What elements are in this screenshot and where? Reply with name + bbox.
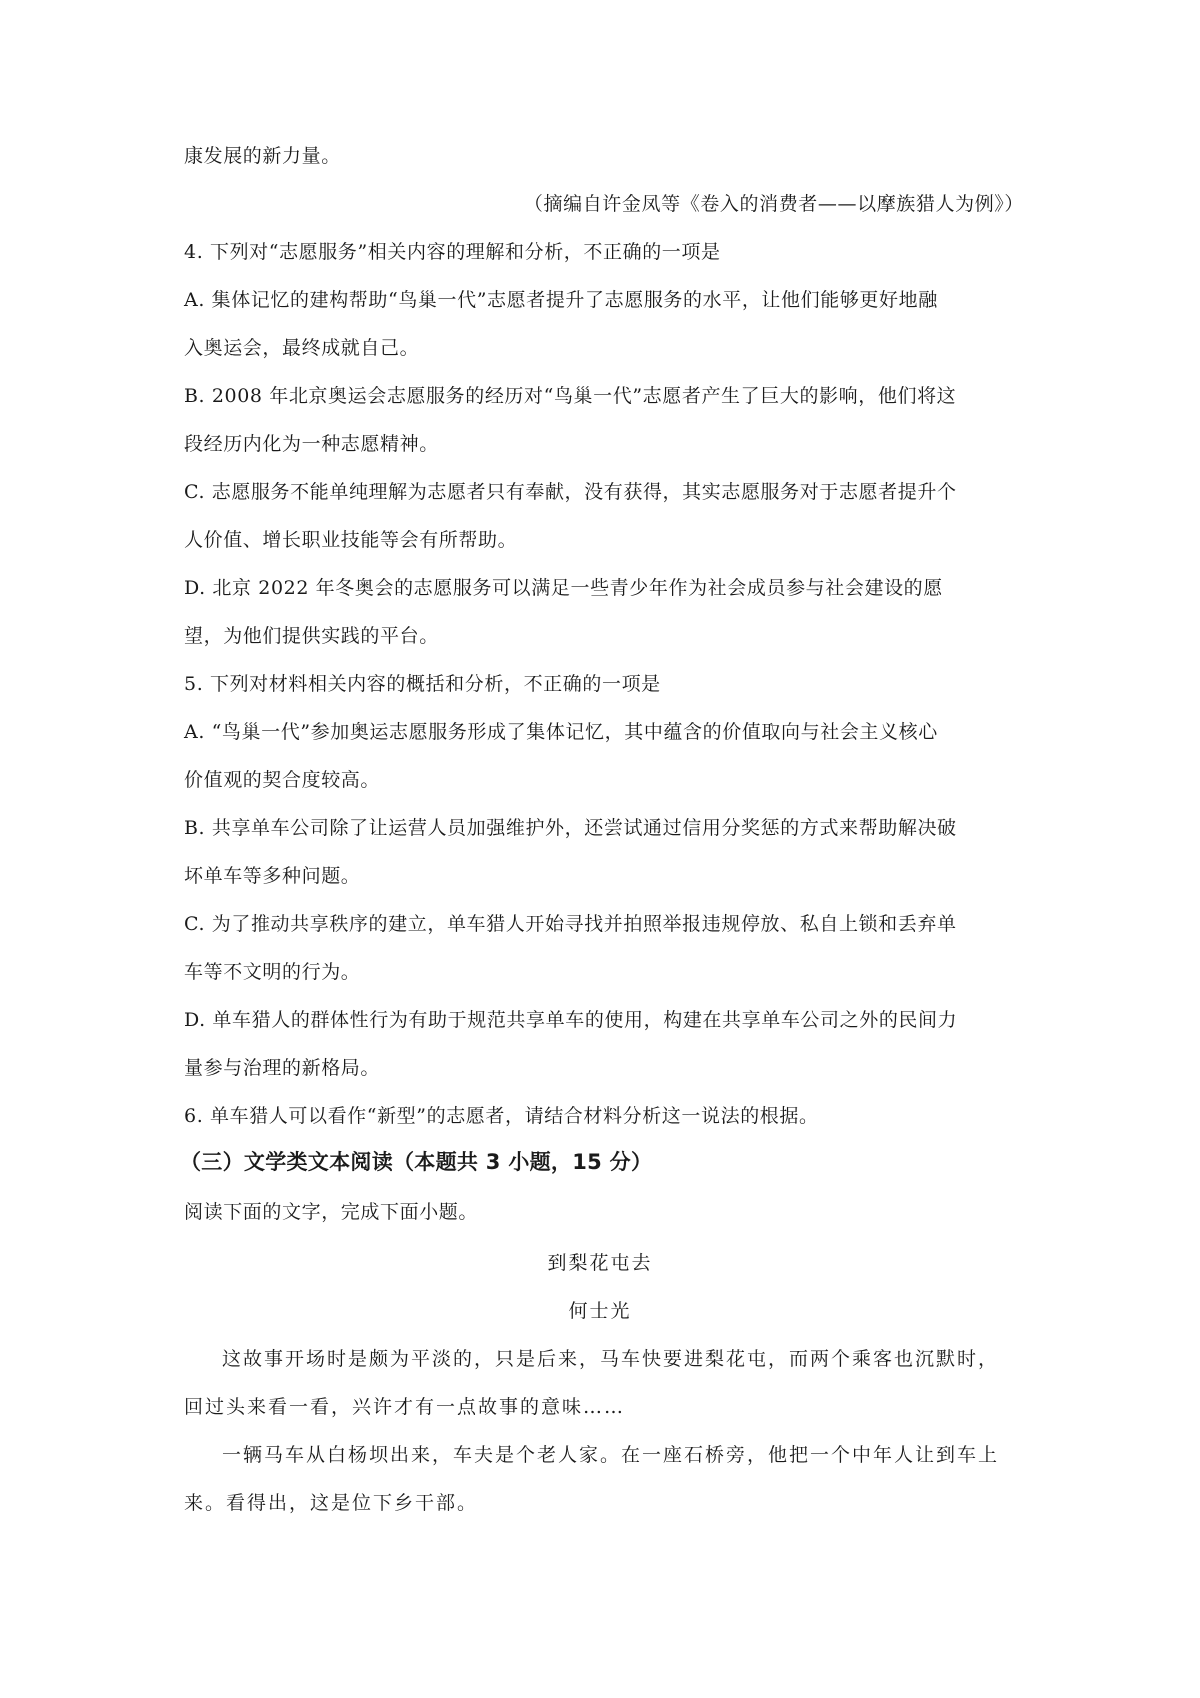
- question-4-stem: 4. 下列对“志愿服务”相关内容的理解和分析，不正确的一项是: [184, 240, 721, 264]
- story-paragraph-1: 这故事开场时是颇为平淡的，只是后来，马车快要进梨花屯，而两个乘客也沉默时，: [222, 1347, 999, 1371]
- document-page: 康发展的新力量。 （摘编自许金凤等《卷入的消费者——以摩族猎人为例》） 4. 下…: [0, 0, 1200, 1698]
- story-author: 何士光: [0, 1299, 1200, 1323]
- question-5-option-d-cont: 量参与治理的新格局。: [184, 1056, 380, 1080]
- question-5-stem: 5. 下列对材料相关内容的概括和分析，不正确的一项是: [184, 672, 661, 696]
- question-4-option-a: A. 集体记忆的建构帮助“鸟巢一代”志愿者提升了志愿服务的水平，让他们能够更好地…: [184, 288, 938, 312]
- question-4-option-d: D. 北京 2022 年冬奥会的志愿服务可以满足一些青少年作为社会成员参与社会建…: [184, 576, 943, 600]
- question-4-option-c-cont: 人价值、增长职业技能等会有所帮助。: [184, 528, 517, 552]
- question-4-option-b-cont: 段经历内化为一种志愿精神。: [184, 432, 439, 456]
- paragraph-tail: 康发展的新力量。: [184, 144, 341, 168]
- question-5-option-b: B. 共享单车公司除了让运营人员加强维护外，还尝试通过信用分奖惩的方式来帮助解决…: [184, 816, 957, 840]
- question-5-option-c: C. 为了推动共享秩序的建立，单车猎人开始寻找并拍照举报违规停放、私自上锁和丢弃…: [184, 912, 957, 936]
- question-5-option-a: A. “鸟巢一代”参加奥运志愿服务形成了集体记忆，其中蕴含的价值取向与社会主义核…: [184, 720, 938, 744]
- question-5-option-b-cont: 坏单车等多种问题。: [184, 864, 360, 888]
- question-5-option-a-cont: 价值观的契合度较高。: [184, 768, 380, 792]
- citation: （摘编自许金凤等《卷入的消费者——以摩族猎人为例》）: [524, 192, 1024, 216]
- story-paragraph-1-cont: 回过头来看一看，兴许才有一点故事的意味……: [184, 1395, 625, 1419]
- question-5-option-d: D. 单车猎人的群体性行为有助于规范共享单车的使用，构建在共享单车公司之外的民间…: [184, 1008, 957, 1032]
- section-heading: （三）文学类文本阅读（本题共 3 小题，15 分）: [180, 1150, 652, 1174]
- question-4-option-a-cont: 入奥运会，最终成就自己。: [184, 336, 419, 360]
- question-5-option-c-cont: 车等不文明的行为。: [184, 960, 360, 984]
- reading-instruction: 阅读下面的文字，完成下面小题。: [184, 1200, 478, 1224]
- story-paragraph-2-cont: 来。看得出，这是位下乡干部。: [184, 1491, 478, 1515]
- question-4-option-d-cont: 望，为他们提供实践的平台。: [184, 624, 439, 648]
- question-4-option-c: C. 志愿服务不能单纯理解为志愿者只有奉献，没有获得，其实志愿服务对于志愿者提升…: [184, 480, 957, 504]
- question-6-stem: 6. 单车猎人可以看作“新型”的志愿者，请结合材料分析这一说法的根据。: [184, 1104, 819, 1128]
- story-paragraph-2: 一辆马车从白杨坝出来，车夫是个老人家。在一座石桥旁，他把一个中年人让到车上: [222, 1443, 999, 1467]
- story-title: 到梨花屯去: [0, 1251, 1200, 1275]
- question-4-option-b: B. 2008 年北京奥运会志愿服务的经历对“鸟巢一代”志愿者产生了巨大的影响，…: [184, 384, 956, 408]
